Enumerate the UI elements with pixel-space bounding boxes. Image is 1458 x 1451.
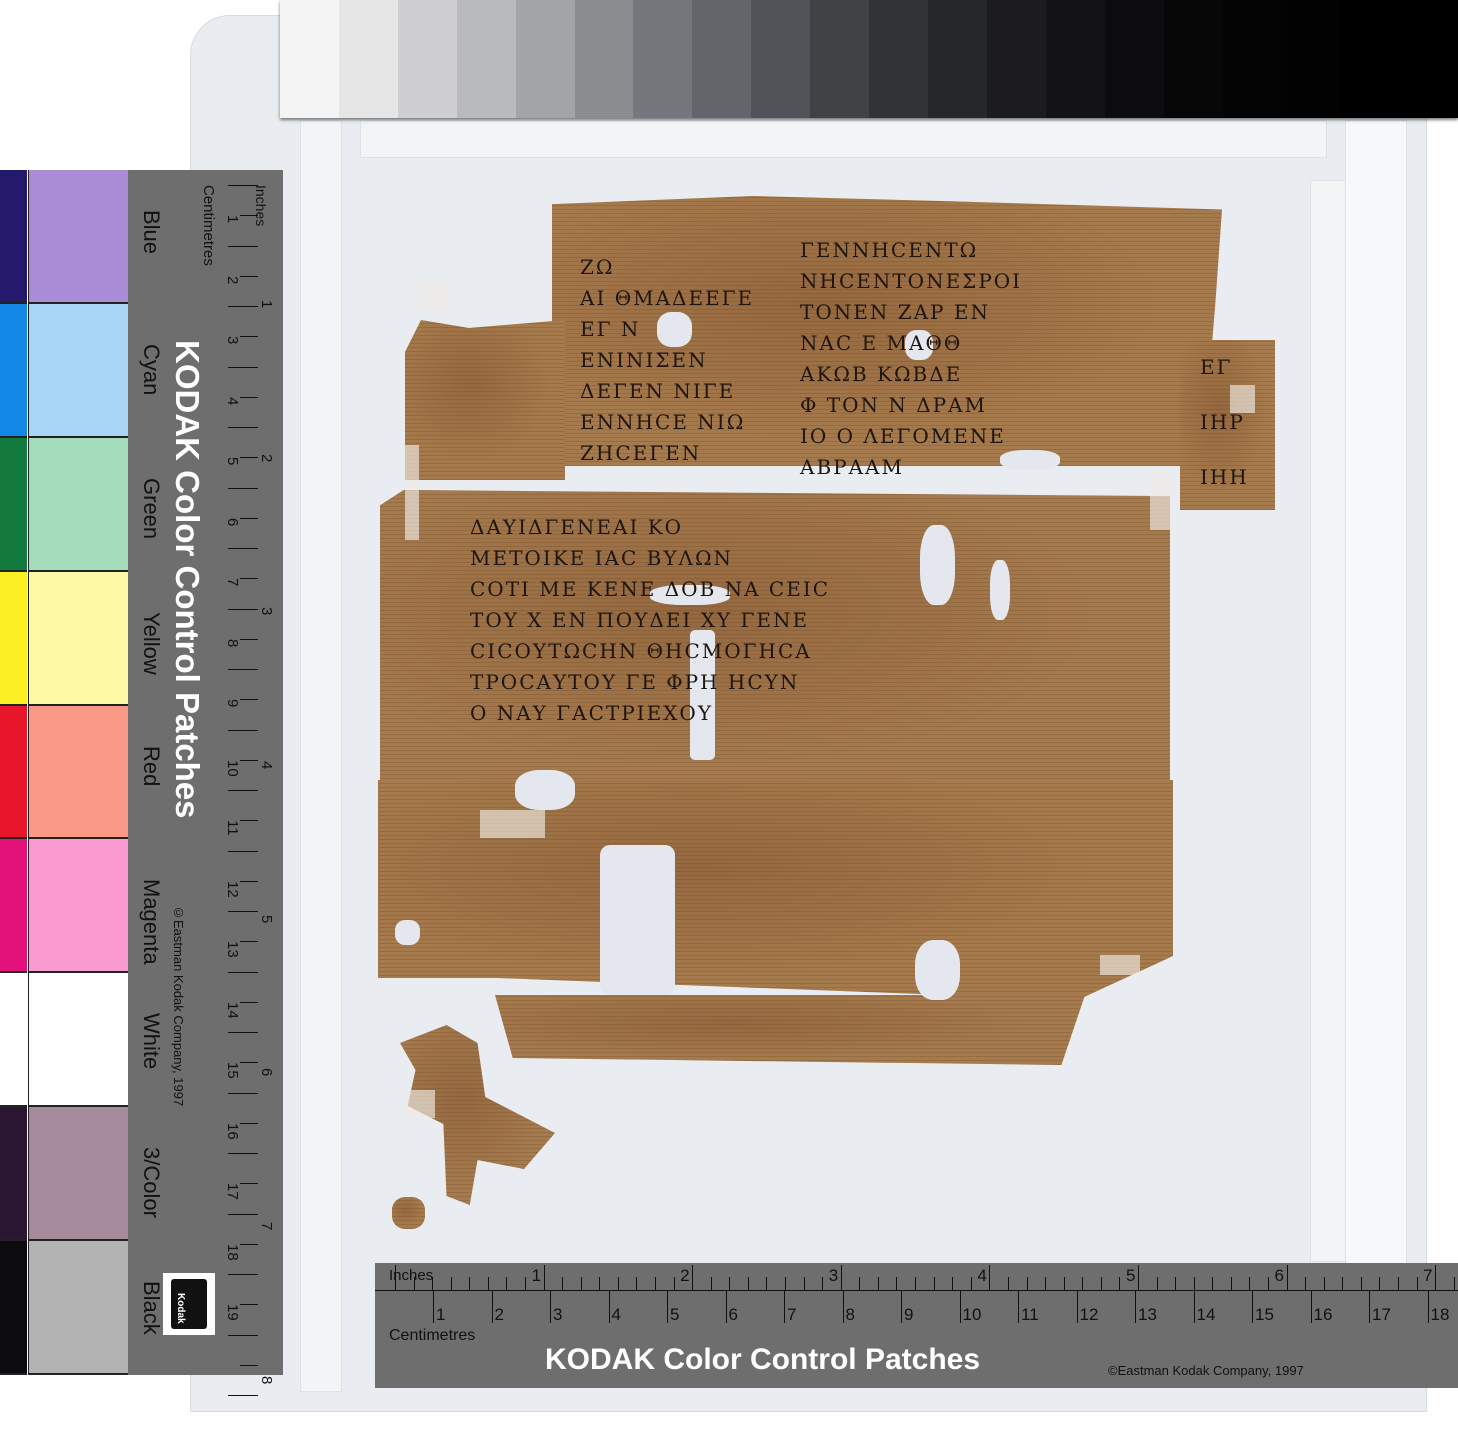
kodak-horizontal-ruler: Inches Centimetres KODAK Color Control P… xyxy=(375,1263,1458,1388)
papyrus-text-line: ΑΚΩΒ ΚΩΒΔΕ xyxy=(800,362,962,386)
color-patch-dark xyxy=(0,170,27,304)
kodak-vertical-ruler: Inches Centimetres KODAK Color Control P… xyxy=(128,170,283,1375)
cm-tick-label: 9 xyxy=(224,699,241,707)
papyrus-text-line: ΤΟΥ Χ ΕΝ ΠΟΥΔΕΙ ΧΥ ΓΕΝΕ xyxy=(470,608,809,632)
cm-tick-label: 2 xyxy=(495,1305,504,1325)
patch-label: Magenta xyxy=(138,879,164,965)
cm-tick-label: 17 xyxy=(1372,1305,1391,1325)
color-patch-light xyxy=(28,304,128,438)
mounting-strip-left xyxy=(300,120,342,1392)
papyrus-text-line: ΓΕΝΝΗϹΕΝΤΩ xyxy=(800,238,978,262)
color-patch-dark xyxy=(0,706,27,840)
grayscale-step xyxy=(1105,0,1164,118)
grayscale-step xyxy=(751,0,810,118)
cm-tick-label: 7 xyxy=(224,578,241,586)
inch-tick-label: 5 xyxy=(1126,1266,1135,1286)
grayscale-step xyxy=(1046,0,1105,118)
papyrus-text-line: ΖΗϹΕΓΕΝ xyxy=(580,441,701,465)
cm-tick-label: 17 xyxy=(224,1183,241,1200)
papyrus-text-line: ΑΙ ΘΜΑΔΕΕΓΕ xyxy=(580,286,754,310)
grayscale-step xyxy=(280,0,339,118)
cm-tick-label: 13 xyxy=(224,941,241,958)
grayscale-step xyxy=(575,0,634,118)
inch-tick-label: 2 xyxy=(258,454,275,462)
cm-tick-label: 8 xyxy=(846,1305,855,1325)
cm-tick-label: 1 xyxy=(436,1305,445,1325)
color-patch-light xyxy=(28,572,128,706)
cm-tick-label: 12 xyxy=(224,881,241,898)
papyrus-text-line: ΤΟΝΕΝ ΖΑΡ ΕΝ xyxy=(800,300,990,324)
color-patch-light xyxy=(28,438,128,572)
kodak-title: KODAK Color Control Patches xyxy=(168,340,206,819)
papyrus-text-line: ΕΝΙΝΙΣΕΝ xyxy=(580,348,708,372)
copyright: ©Eastman Kodak Company, 1997 xyxy=(171,905,186,1106)
patch-label: Green xyxy=(138,478,164,539)
papyrus-text-line: ΝΑϹ Ε ΜΑΘΘ xyxy=(800,331,962,355)
cm-tick-label: 8 xyxy=(224,639,241,647)
grayscale-step-wedge xyxy=(280,0,1458,118)
grayscale-step xyxy=(633,0,692,118)
cm-tick-label: 14 xyxy=(1197,1305,1216,1325)
inch-tick-label: 7 xyxy=(1423,1266,1432,1286)
inch-tick-label: 3 xyxy=(258,607,275,615)
grayscale-step xyxy=(457,0,516,118)
papyrus-text-line: ΙΟ Ο ΛΕΓΟΜΕΝΕ xyxy=(800,424,1006,448)
patch-label: Blue xyxy=(138,210,164,254)
inch-tick-label: 1 xyxy=(532,1266,541,1286)
papyrus-text-line: ΕΓ xyxy=(1200,355,1232,379)
papyrus-text-line: ΕΝΝΗϹΕ ΝΙΩ xyxy=(580,410,745,434)
color-patch-light xyxy=(28,170,128,304)
papyrus-text-line: ΔΑΥΙΔΓΕΝΕΑΙ ΚΟ xyxy=(470,515,683,539)
color-patch-dark xyxy=(0,438,27,572)
cm-tick-label: 11 xyxy=(1021,1305,1039,1325)
inch-tick-label: 5 xyxy=(258,915,275,923)
color-patch-dark xyxy=(0,572,27,706)
inches-label: Inches xyxy=(253,185,269,226)
centimetres-label: Centimetres xyxy=(200,185,217,266)
cm-tick-label: 18 xyxy=(224,1244,241,1261)
cm-tick-label: 10 xyxy=(224,760,241,777)
inch-tick-label: 8 xyxy=(258,1376,275,1384)
papyrus-text-line: ϹΙϹΟΥΤΩϹΗΝ ΘΗϹΜΟΓΗϹΑ xyxy=(470,639,812,663)
patch-label: Cyan xyxy=(138,344,164,395)
cm-tick-label: 19 xyxy=(224,1304,241,1321)
inch-tick-label: 7 xyxy=(258,1222,275,1230)
kodak-logo-text: Kodak xyxy=(175,1293,186,1324)
color-patch-dark xyxy=(0,839,27,973)
papyrus-text-line: Φ ΤΟΝ Ν ΔΡΑΜ xyxy=(800,393,987,417)
color-patch-light xyxy=(28,839,128,973)
cm-tick-label: 6 xyxy=(729,1305,738,1325)
inch-tick-label: 1 xyxy=(258,300,275,308)
cm-tick-label: 4 xyxy=(224,397,241,405)
grayscale-step xyxy=(1223,0,1282,118)
inch-tick-label: 4 xyxy=(258,761,275,769)
kodak-logo: Kodak xyxy=(163,1273,215,1335)
grayscale-step xyxy=(398,0,457,118)
patch-label: Yellow xyxy=(138,612,164,675)
centimetres-label: Centimetres xyxy=(389,1327,475,1345)
color-patch-light xyxy=(28,706,128,840)
inch-tick-label: 6 xyxy=(1275,1266,1284,1286)
papyrus-text-line: ΙΗΗ xyxy=(1200,465,1249,489)
color-patch-light xyxy=(28,973,128,1107)
mounting-strip-right-outer xyxy=(1345,120,1407,1272)
color-patch-dark xyxy=(0,973,27,1107)
copyright: ©Eastman Kodak Company, 1997 xyxy=(1108,1363,1304,1378)
papyrus-text-line: ϹΟΤΙ ΜΕ ΚΕΝΕ ΔΟΒ ΝΑ ϹΕΙϹ xyxy=(470,577,830,601)
cm-tick-label: 15 xyxy=(1255,1305,1274,1325)
mounting-strip-top xyxy=(360,120,1327,158)
grayscale-step xyxy=(1399,0,1458,118)
papyrus-text-line: ΜΕΤΟΙΚΕ ΙΑϹ ΒΥΛΩΝ xyxy=(470,546,733,570)
cm-tick-label: 3 xyxy=(224,336,241,344)
cm-tick-label: 6 xyxy=(224,518,241,526)
inch-tick-label: 4 xyxy=(977,1266,986,1286)
inch-tick-label: 6 xyxy=(258,1068,275,1076)
cm-tick-label: 3 xyxy=(553,1305,562,1325)
cm-tick-label: 5 xyxy=(224,457,241,465)
grayscale-step xyxy=(869,0,928,118)
cm-tick-label: 14 xyxy=(224,1002,241,1019)
grayscale-step xyxy=(516,0,575,118)
cm-tick-label: 7 xyxy=(787,1305,796,1325)
patch-label: White xyxy=(138,1013,164,1069)
papyrus-text-line: ΕΓ Ν xyxy=(580,317,640,341)
color-patch-light xyxy=(28,1241,128,1375)
cm-tick-label: 16 xyxy=(1314,1305,1333,1325)
color-patch-light xyxy=(28,1107,128,1241)
grayscale-step xyxy=(692,0,751,118)
cm-tick-label: 2 xyxy=(224,276,241,284)
papyrus-text-line: ΑΒΡΑΑΜ xyxy=(800,455,904,479)
grayscale-step xyxy=(987,0,1046,118)
cm-tick-label: 12 xyxy=(1080,1305,1099,1325)
patch-label: 3/Color xyxy=(138,1147,164,1218)
cm-tick-label: 1 xyxy=(224,215,241,223)
cm-tick-label: 10 xyxy=(963,1305,982,1325)
cm-tick-label: 11 xyxy=(224,820,241,836)
cm-tick-label: 9 xyxy=(904,1305,913,1325)
cm-tick-label: 15 xyxy=(224,1062,241,1079)
kodak-title: KODAK Color Control Patches xyxy=(545,1343,980,1377)
grayscale-step xyxy=(1340,0,1399,118)
patch-label: Black xyxy=(138,1281,164,1335)
papyrus-text-line: ΙΗΡ xyxy=(1200,410,1245,434)
color-patch-dark xyxy=(0,1241,27,1375)
papyrus-text-line: ΖΩ xyxy=(580,255,614,279)
cm-tick-label: 4 xyxy=(612,1305,621,1325)
papyrus-text-line: ΝΗϹΕΝΤΟΝΕΣΡΟΙ xyxy=(800,269,1022,293)
papyrus-text-line: ΤΡΟϹΑΥΤΟΥ ΓΕ ΦΡΗ ΗϹΥΝ xyxy=(470,670,799,694)
inch-tick-label: 2 xyxy=(680,1266,689,1286)
papyrus-text-line: Ο ΝΑΥ ΓΑϹΤΡΙΕΧΟΥ xyxy=(470,701,713,725)
grayscale-step xyxy=(1164,0,1223,118)
grayscale-step xyxy=(810,0,869,118)
grayscale-step xyxy=(339,0,398,118)
grayscale-step xyxy=(1281,0,1340,118)
inch-tick-label: 3 xyxy=(829,1266,838,1286)
cm-tick-label: 13 xyxy=(1138,1305,1157,1325)
grayscale-step xyxy=(928,0,987,118)
cm-tick-label: 16 xyxy=(224,1123,241,1140)
cm-tick-label: 5 xyxy=(670,1305,679,1325)
cm-tick-label: 18 xyxy=(1431,1305,1450,1325)
color-patch-dark xyxy=(0,304,27,438)
patch-label: Red xyxy=(138,746,164,786)
color-patch-dark xyxy=(0,1107,27,1241)
papyrus-text-line: ΔΕΓΕΝ ΝΙΓΕ xyxy=(580,379,735,403)
